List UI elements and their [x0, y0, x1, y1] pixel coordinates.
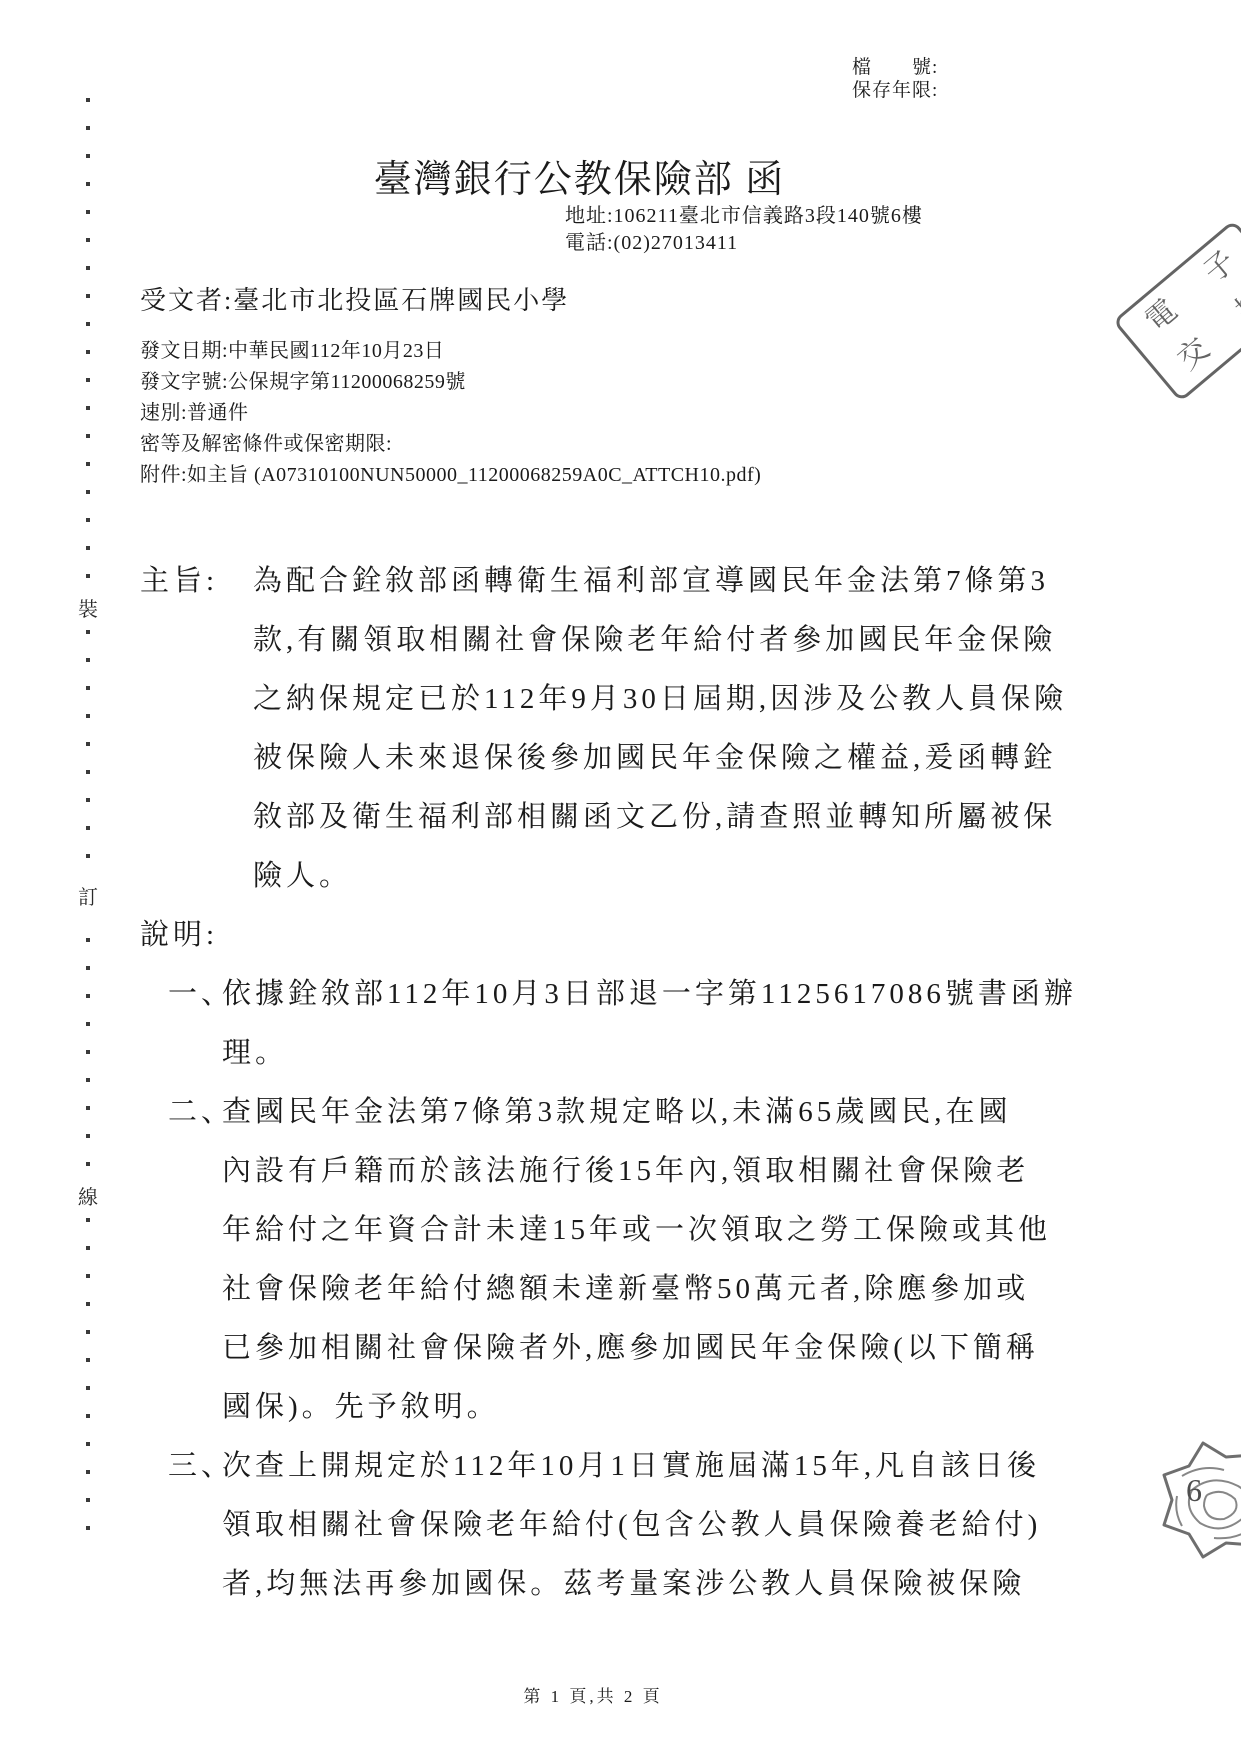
agency-phone: 電話:(02)27013411 — [565, 230, 923, 257]
body-line: 一、依據銓敘部112年10月3日部退一字第1125617086號書函辦 — [140, 965, 1120, 1024]
agency-contact-block: 地址:106211臺北市信義路3段140號6樓 電話:(02)27013411 — [565, 203, 923, 257]
body-line-label: 主旨: — [140, 552, 253, 611]
binding-label-ding: 訂 — [78, 880, 98, 916]
body-line: 已參加相關社會保險者外,應參加國民年金保險(以下簡稱 — [140, 1319, 1120, 1378]
body-line: 款,有關領取相關社會保險老年給付者參加國民年金保險 — [140, 611, 1120, 670]
stamp-char: 子 — [1199, 246, 1241, 288]
meta-block: 發文日期:中華民國112年10月23日發文字號:公保規字第11200068259… — [140, 336, 761, 491]
stamp-char: 交 — [1173, 333, 1215, 375]
body-line-label: 三、 — [168, 1437, 222, 1496]
binding-dotted-line: 裝 訂 線 — [86, 98, 90, 1546]
agency-address: 地址:106211臺北市信義路3段140號6樓 — [565, 203, 923, 230]
body-line: 險人。 — [140, 847, 1120, 906]
retention-period-label: 保存年限: — [852, 79, 938, 102]
meta-line: 發文字號:公保規字第11200068259號 — [140, 367, 761, 398]
body-line: 領取相關社會保險老年給付(包含公教人員保險養老給付) — [140, 1496, 1120, 1555]
meta-line: 附件:如主旨 (A07310100NUN50000_11200068259A0C… — [140, 460, 761, 491]
meta-line: 發文日期:中華民國112年10月23日 — [140, 336, 761, 367]
stamp-char: 電 — [1141, 295, 1183, 337]
official-document-page: 裝 訂 線 檔 號: 保存年限: 臺灣銀行公教保險部 函 地址:106211臺北… — [0, 0, 1241, 1754]
binding-label-xian: 線 — [78, 1180, 98, 1216]
body-line: 內設有戶籍而於該法施行後15年內,領取相關社會保險老 — [140, 1142, 1120, 1201]
body-line: 國保)。先予敘明。 — [140, 1378, 1120, 1437]
binding-label-zhuang: 裝 — [78, 592, 98, 628]
document-body: 主旨:為配合銓敘部函轉衛生福利部宣導國民年金法第7條第3款,有關領取相關社會保險… — [140, 552, 1120, 1614]
body-line: 主旨:為配合銓敘部函轉衛生福利部宣導國民年金法第7條第3 — [140, 552, 1120, 611]
meta-line: 密等及解密條件或保密期限: — [140, 429, 761, 460]
page-seal-stamp: 6 — [1152, 1440, 1241, 1562]
body-line: 三、次查上開規定於112年10月1日實施屆滿15年,凡自該日後 — [140, 1437, 1120, 1496]
file-number-label: 檔 號: — [852, 56, 938, 79]
body-line-label: 二、 — [168, 1083, 222, 1142]
body-line: 二、查國民年金法第7條第3款規定略以,未滿65歲國民,在國 — [140, 1083, 1120, 1142]
body-line: 說明: — [140, 906, 1120, 965]
stamp-char: 換 — [1231, 285, 1241, 327]
file-number-block: 檔 號: 保存年限: — [852, 56, 938, 102]
recipient-line: 受文者:臺北市北投區石牌國民小學 — [140, 280, 569, 317]
meta-line: 速別:普通件 — [140, 398, 761, 429]
body-line: 理。 — [140, 1024, 1120, 1083]
body-line: 社會保險老年給付總額未達新臺幣50萬元者,除應參加或 — [140, 1260, 1120, 1319]
body-line: 被保險人未來退保後參加國民年金保險之權益,爰函轉銓 — [140, 729, 1120, 788]
body-line: 之納保規定已於112年9月30日屆期,因涉及公教人員保險 — [140, 670, 1120, 729]
page-seal-number: 6 — [1186, 1474, 1202, 1506]
electronic-exchange-stamp: 電子交換 — [1112, 220, 1241, 403]
page-footer: 第 1 頁,共 2 頁 — [0, 1682, 1186, 1707]
body-line: 敘部及衛生福利部相關函文乙份,請查照並轉知所屬被保 — [140, 788, 1120, 847]
body-line-label: 一、 — [168, 965, 222, 1024]
document-title: 臺灣銀行公教保險部 函 — [0, 148, 1159, 203]
body-line: 年給付之年資合計未達15年或一次領取之勞工保險或其他 — [140, 1201, 1120, 1260]
body-line: 者,均無法再參加國保。茲考量案涉公教人員保險被保險 — [140, 1555, 1120, 1614]
